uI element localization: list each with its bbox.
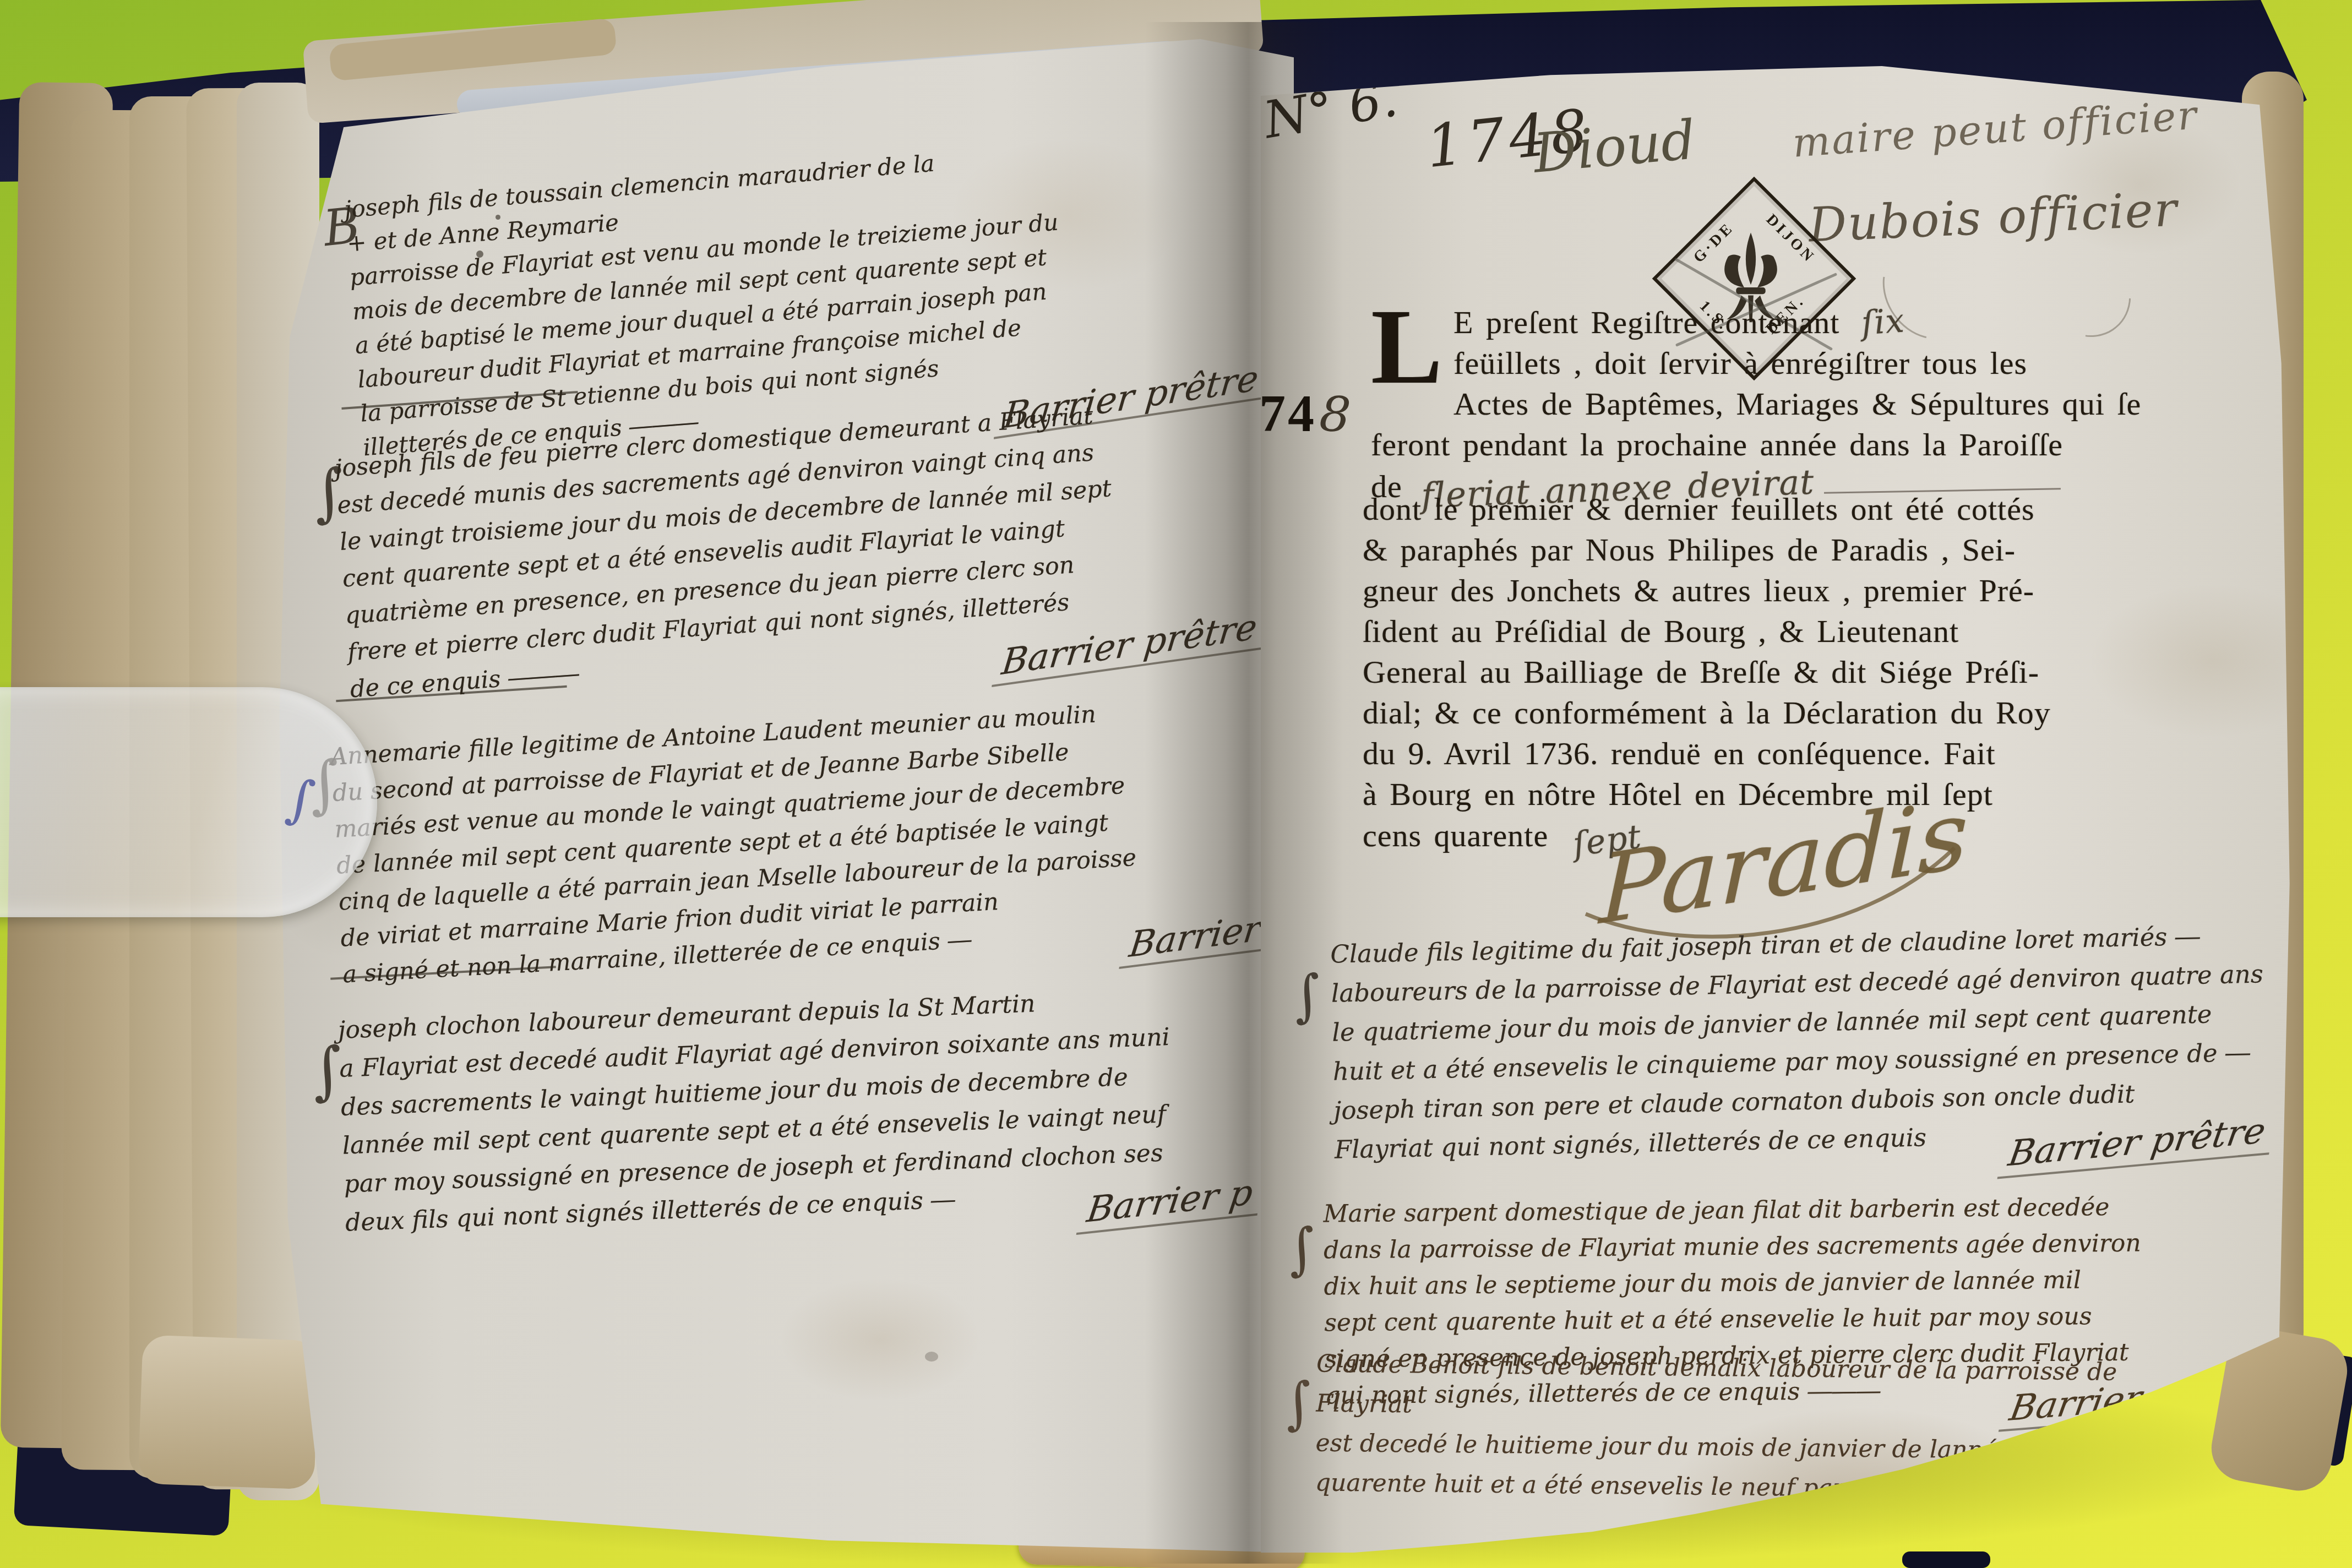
printed-line-text: E preſent Regiſtre contenant <box>1453 304 1839 340</box>
printed-line: dial; & ce conformément à la Déclaration… <box>1363 693 2213 733</box>
margin-section-mark: ∫ <box>1281 1370 1316 1437</box>
printed-line: du 9. Avril 1736. renduë en conſéquence.… <box>1363 733 2213 774</box>
printed-line: gneur des Jonchets & autres lieux , prem… <box>1363 570 2213 611</box>
handwritten-fill-six: ſix <box>1860 300 1906 344</box>
burial-act: Claude fils legitime du fait joseph tira… <box>1330 915 2271 1169</box>
photo-scene: jeanmarie bes le mere mec B ∫ ∫ ∫ joseph… <box>0 0 2352 1568</box>
margin-section-mark: ∫ <box>1289 962 1325 1030</box>
burial-act: joseph clochon laboureur demeurant depui… <box>337 976 1260 1242</box>
printed-line: Actes de Baptêmes, Mariages & Sépultures… <box>1371 384 2213 424</box>
printed-line: General au Bailliage de Breſſe & dit Sié… <box>1363 652 2213 693</box>
printed-line: feront pendant la prochaine année dans l… <box>1371 424 2213 465</box>
drop-cap-L: L <box>1371 302 1453 389</box>
ink-speck <box>476 251 483 258</box>
handwritten-8: 8 <box>1317 385 1352 444</box>
left-page: jeanmarie bes le mere mec B ∫ ∫ ∫ joseph… <box>259 33 1294 1553</box>
right-page: N° 6. 1748 Dioud maire peut officier Dub… <box>1261 66 2296 1553</box>
officer-annotation: Dubois officier <box>1807 182 2179 253</box>
baptism-act: Annemarie fille legitime de Antoine Laud… <box>329 687 1267 993</box>
bottom-left-page-curl <box>138 1335 319 1489</box>
book-cover-bottom-fragment <box>1902 1551 1990 1568</box>
printed-line: ſident au Préſidial de Bourg , & Lieuten… <box>1363 611 2213 652</box>
printed-line: E preſent Regiſtre contenantſix <box>1371 302 2213 343</box>
stain-speck <box>925 1352 938 1362</box>
printed-line: & paraphés par Nous Philipes de Paradis … <box>1363 530 2213 570</box>
printed-line: dont le premier & dernier feuillets ont … <box>1363 489 2213 530</box>
margin-section-mark: ∫ <box>1284 1216 1319 1283</box>
printed-preamble-intro: L E preſent Regiſtre contenantſix feüill… <box>1371 302 2213 507</box>
pencil-note-annotation: maire peut officier <box>1791 91 2199 166</box>
printed-line-text: cens quarente <box>1363 818 1548 853</box>
ink-speck <box>496 215 500 220</box>
printed-line: feüillets , doit ſervir à enrégiſtrer to… <box>1371 343 2213 384</box>
transparent-page-holder-tab: ∫ <box>0 687 377 917</box>
blue-ink-mark: ∫ <box>282 768 318 832</box>
